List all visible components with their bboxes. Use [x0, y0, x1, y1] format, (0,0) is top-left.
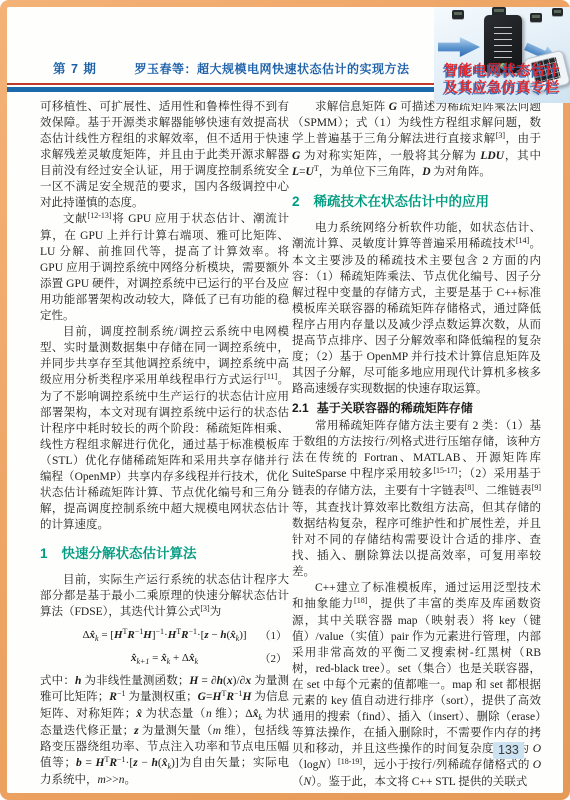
page-number-badge: 133 — [493, 742, 524, 759]
header-rule-red — [7, 83, 455, 85]
paragraph: 文献[12-13]将 GPU 应用于状态估计、潮流计算，在 GPU 上并行计算右… — [40, 211, 289, 324]
equation-1: Δx̂k = [HTR−1H]−1·HTR−1·[z − h(x̂k)] （1） — [40, 627, 289, 644]
section-heading-2: 2 稀疏技术在状态估计中的应用 — [292, 194, 541, 210]
paragraph: 求解信息矩阵 G 可描述为稀疏矩阵乘法问题（SPMM）；式（1）为线性方程组求解… — [292, 99, 541, 181]
subsection-title: 基于关联容器的稀疏矩阵存储 — [317, 400, 473, 416]
right-column: 求解信息矩阵 G 可描述为稀疏矩阵乘法问题（SPMM）；式（1）为线性方程组求解… — [292, 99, 541, 790]
substation-icon — [552, 8, 563, 16]
equation-number: （1） — [260, 628, 288, 644]
column-title-line2: 及其应急仿真专栏 — [444, 77, 560, 97]
paragraph: 目前，实际生产运行系统的状态估计程序大部分都是基于最小二乘原理的快速分解状态估计… — [40, 572, 289, 621]
paragraph: 常用稀疏矩阵存储方法主要有 2 类：（1）基于数组的方法按行/列格式进行压缩存储… — [292, 418, 541, 580]
section-title: 稀疏技术在状态估计中的应用 — [314, 194, 490, 210]
section-number: 1 — [40, 546, 48, 562]
paragraph: 目前，调度控制系统/调控云系统中电网模型、实时量测数据集中存储在同一调控系统中，… — [40, 324, 289, 533]
running-title: 罗玉春等：超大规模电网快速状态估计的实现方法 — [117, 60, 427, 77]
equation-body: x̂k+1 = x̂k + Δx̂k — [131, 652, 198, 664]
substation-icon — [530, 13, 542, 22]
paragraph: 可移植性、可扩展性、适用性和鲁棒性得不到有效保障。基于开源类求解器能够快速有效提… — [40, 99, 289, 211]
equation-number: （2） — [260, 651, 288, 667]
equation-2: x̂k+1 = x̂k + Δx̂k （2） — [40, 650, 289, 667]
section-number: 2 — [292, 194, 300, 210]
section-heading-1: 1 快速分解状态估计算法 — [40, 546, 289, 562]
data-flow-arrow-icon — [438, 37, 480, 57]
substation-icon — [452, 10, 464, 19]
header-rule-blue — [7, 87, 453, 93]
controller-screen — [490, 22, 516, 60]
paragraph: 式中：h 为非线性量测函数；H = ∂h(x)/∂x 为量测雅可比矩阵；R−1 … — [40, 673, 289, 788]
subsection-number: 2.1 — [292, 400, 309, 416]
issue-number: 第 7 期 — [53, 59, 97, 77]
subsection-heading-2-1: 2.1 基于关联容器的稀疏矩阵存储 — [292, 400, 541, 416]
section-title: 快速分解状态估计算法 — [62, 546, 197, 562]
left-column: 可移植性、可扩展性、适用性和鲁棒性得不到有效保障。基于开源类求解器能够快速有效提… — [40, 99, 289, 788]
journal-page: 第 7 期 罗玉春等：超大规模电网快速状态估计的实现方法 智能电网状态估计 及其… — [7, 7, 563, 793]
equation-body: Δx̂k = [HTR−1H]−1·HTR−1·[z − h(x̂k)] — [82, 629, 246, 641]
paragraph: 电力系统网络分析软件功能，如状态估计、潮流计算、灵敏度计算等普遍采用稀疏技术[1… — [292, 220, 541, 397]
